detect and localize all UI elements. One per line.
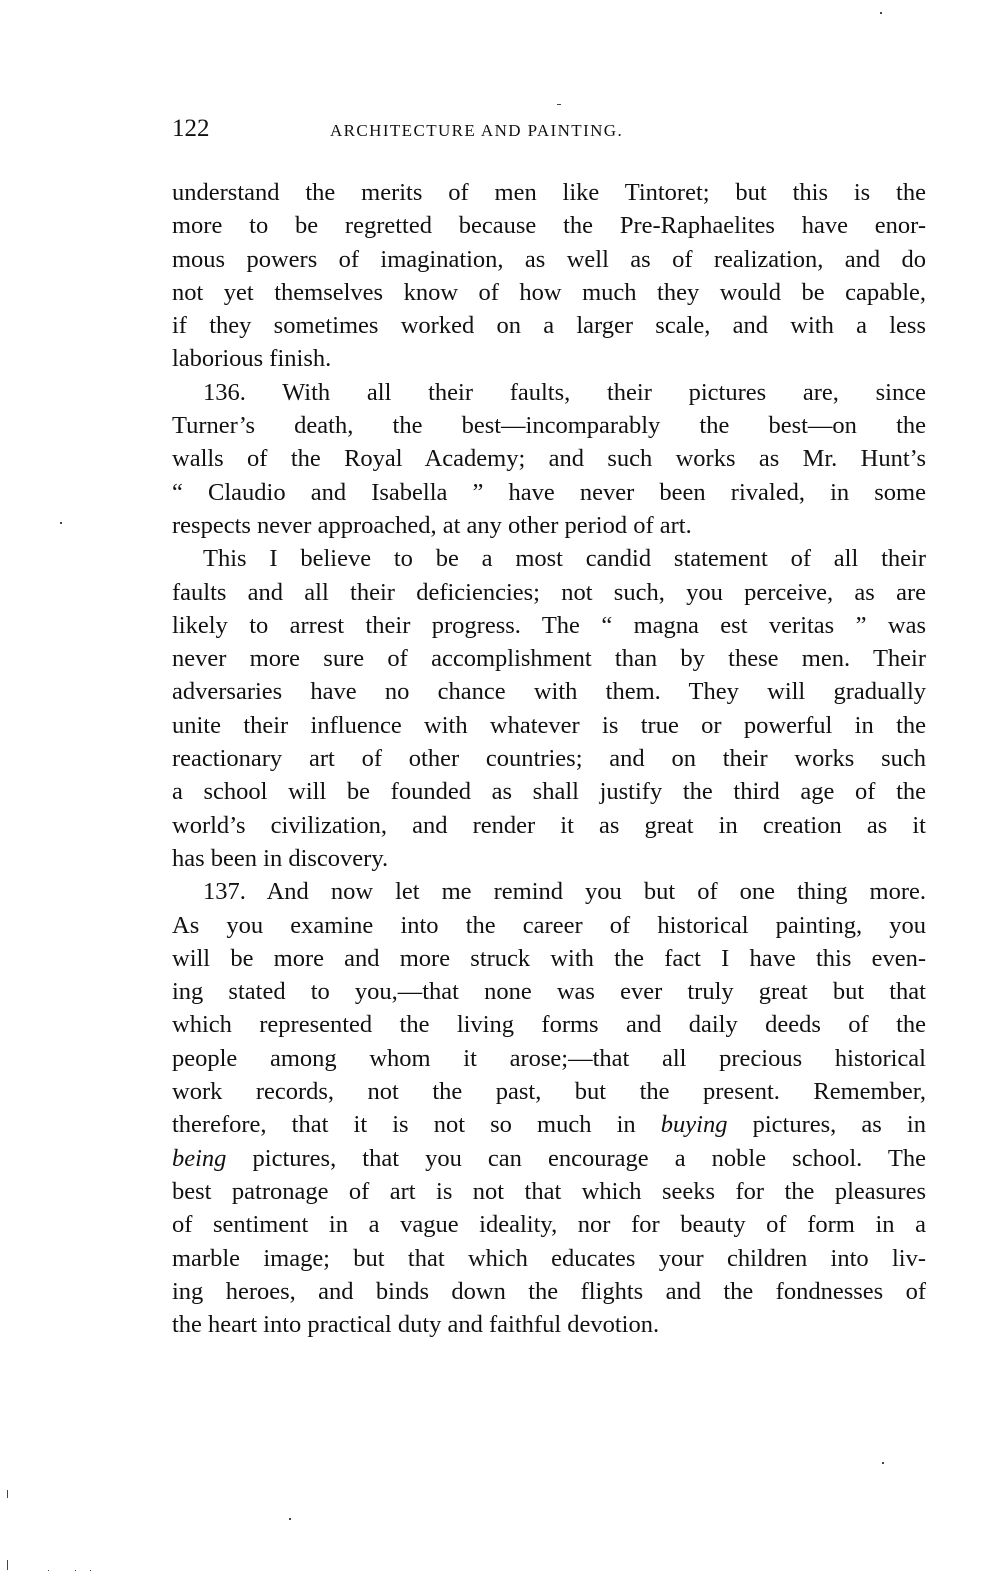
text-line: adversaries have no chance with them. Th… [172,675,926,708]
scan-speck [557,104,561,105]
text-line: respects never approached, at any other … [172,509,926,542]
italic-word: being [172,1145,226,1172]
text-line: marble image; but that which educates yo… [172,1242,926,1275]
text-line: a school will be founded as shall justif… [172,775,926,808]
text-line: faults and all their deficiencies; not s… [172,576,926,609]
text-line: more to be regretted because the Pre-Rap… [172,209,926,242]
italic-word: buying [661,1111,728,1138]
scan-speck [289,1518,291,1520]
text-line: ing stated to you,—that none was ever tr… [172,975,926,1008]
scan-speck [882,1462,884,1464]
text-line: being pictures, that you can encourage a… [172,1142,926,1175]
book-page: 122 Architecture and Painting. understan… [0,0,1000,1595]
text-line: walls of the Royal Academy; and such wor… [172,442,926,475]
running-head: 122 Architecture and Painting. [172,112,932,146]
text-line: the heart into practical duty and faithf… [172,1308,926,1341]
scan-speck [60,522,62,524]
text-line: of sentiment in a vague ideality, nor fo… [172,1208,926,1241]
scan-speck [48,1570,49,1571]
text-line: people among whom it arose;—that all pre… [172,1042,926,1075]
text-line: laborious finish. [172,342,926,375]
text-line: will be more and more struck with the fa… [172,942,926,975]
text-line: likely to arrest their progress. The “ m… [172,609,926,642]
scan-speck [75,1570,76,1571]
text-line: has been in discovery. [172,842,926,875]
text-line: work records, not the past, but the pres… [172,1075,926,1108]
scan-speck [7,1560,8,1570]
text-line: 137. And now let me remind you but of on… [172,875,926,908]
scan-speck [7,1490,8,1498]
text-segment: pictures, as in [727,1111,926,1138]
text-line: mous powers of imagination, as well as o… [172,243,926,276]
text-line: if they sometimes worked on a larger sca… [172,309,926,342]
text-line: which represented the living forms and d… [172,1008,926,1041]
text-segment: pictures, that you can encourage a noble… [226,1145,926,1172]
running-title: Architecture and Painting. [330,114,623,148]
text-line: unite their influence with whatever is t… [172,709,926,742]
text-line: This I believe to be a most candid state… [172,542,926,575]
text-line: 136. With all their faults, their pictur… [172,376,926,409]
text-line: understand the merits of men like Tintor… [172,176,926,209]
text-line: Turner’s death, the best—incomparably th… [172,409,926,442]
scan-speck [880,12,882,14]
text-segment: therefore, that it is not so much in [172,1111,661,1138]
text-line: never more sure of accomplishment than b… [172,642,926,675]
text-line: ing heroes, and binds down the flights a… [172,1275,926,1308]
text-line: world’s civilization, and render it as g… [172,809,926,842]
page-number: 122 [172,112,210,146]
text-line: As you examine into the career of histor… [172,909,926,942]
scan-speck [90,1570,91,1571]
text-line: therefore, that it is not so much in buy… [172,1108,926,1141]
text-line: “ Claudio and Isabella ” have never been… [172,476,926,509]
text-line: not yet themselves know of how much they… [172,276,926,309]
text-line: best patronage of art is not that which … [172,1175,926,1208]
body-text: understand the merits of men like Tintor… [172,176,926,1341]
text-line: reactionary art of other countries; and … [172,742,926,775]
